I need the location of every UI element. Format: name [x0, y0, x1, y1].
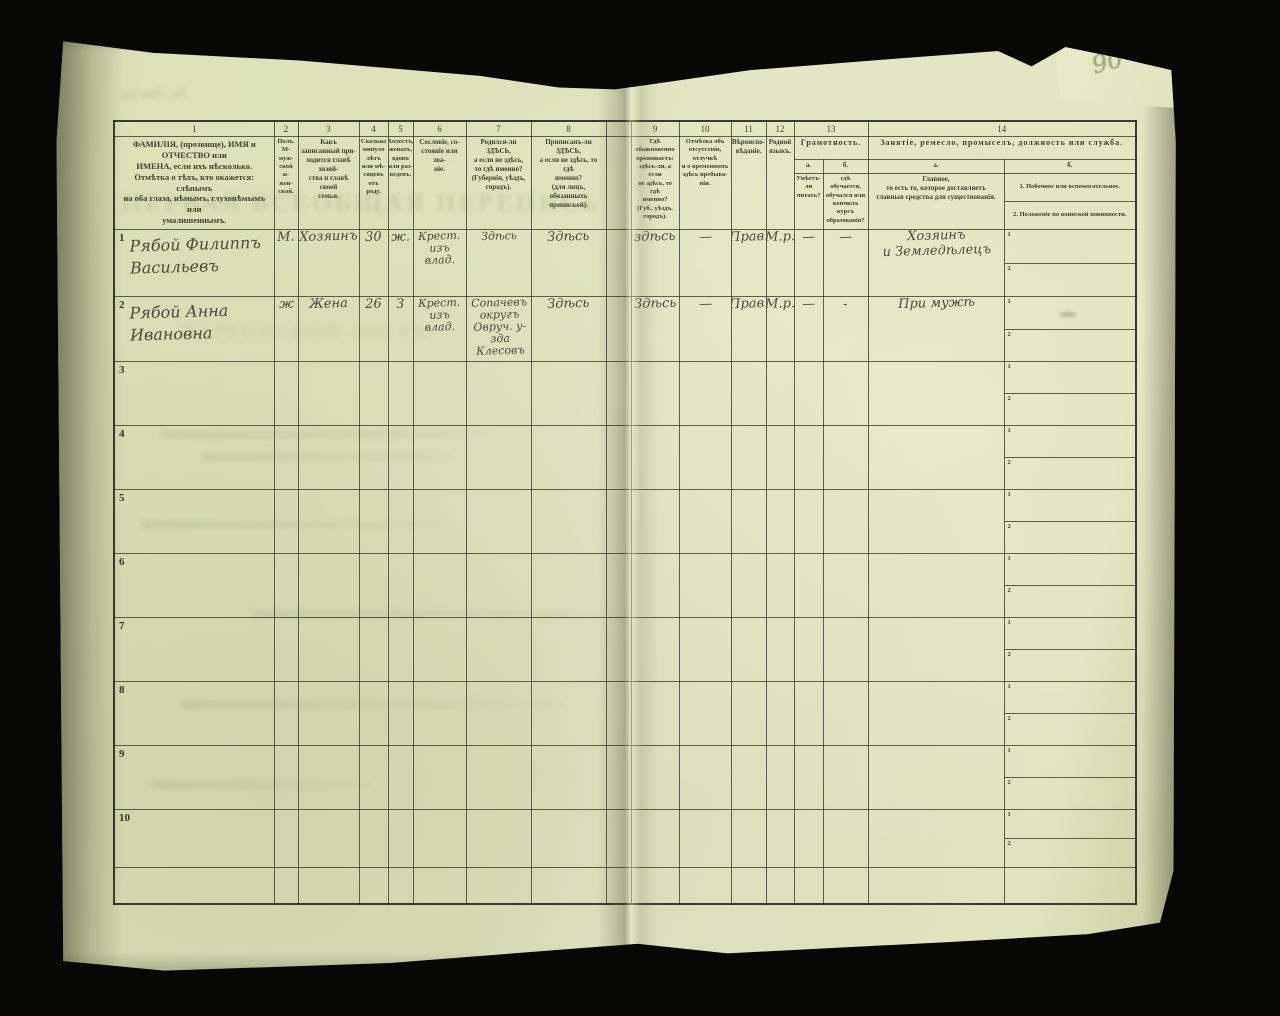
cell-registration: Здѣсь	[531, 297, 606, 362]
cell-absence	[679, 810, 731, 868]
cell-sex	[274, 618, 298, 682]
cell-marital	[388, 618, 413, 682]
cell-marital	[388, 682, 413, 746]
cell-religion	[731, 426, 766, 490]
census-table: 1 2 3 4 5 6 7 8 9 10 11 12 13 14 ФАМИЛІЯ…	[113, 120, 1137, 905]
cell-side-occupation: 1 2	[1004, 230, 1136, 297]
cell-main-occupation	[868, 746, 1004, 810]
cell-name: 8	[114, 682, 274, 746]
cell-sex	[274, 746, 298, 810]
cell-marital: З	[388, 297, 413, 362]
fold-gutter	[606, 297, 631, 362]
cell-birthplace	[466, 618, 531, 682]
cell-absence	[679, 682, 731, 746]
cell-sex: ж	[274, 297, 298, 362]
cell-residence	[631, 810, 679, 868]
header-can-read: Умѣетъ- ли читать?	[794, 174, 823, 230]
colnum-3: 3	[298, 121, 359, 137]
cell-education: —	[823, 230, 868, 297]
cell-side-occupation: 1 2	[1004, 810, 1136, 868]
header-letter-14b: б.	[1004, 160, 1136, 174]
cell-side-occupation: 1 2	[1004, 618, 1136, 682]
fold-gutter	[606, 426, 631, 490]
cell-name: 3	[114, 362, 274, 426]
table-row: 2 Рябой Анна Ивановна ж Жена 26 З Крест.…	[114, 297, 1136, 362]
cell-age	[359, 426, 388, 490]
cell-relation	[298, 746, 359, 810]
cell-estate: Крест. изъ влад.	[413, 230, 466, 297]
cell-main-occupation	[868, 682, 1004, 746]
cell-can-read	[794, 554, 823, 618]
cell-relation	[298, 810, 359, 868]
fold-gutter	[606, 362, 631, 426]
cell-side-occupation: 1 2	[1004, 297, 1136, 362]
cell-relation: Жена	[298, 297, 359, 362]
header-relation: Какъ записанный при- ходится главѣ хозяй…	[298, 137, 359, 230]
cell-sex	[274, 362, 298, 426]
subcell-side: 1	[1005, 362, 1136, 393]
cell-estate	[413, 426, 466, 490]
cell-absence	[679, 746, 731, 810]
cell-birthplace	[466, 554, 531, 618]
cell-name: 1 Рябой Филиппъ Васильевъ	[114, 230, 274, 297]
cell-marital: ж.	[388, 230, 413, 297]
cell-marital	[388, 490, 413, 554]
cell-can-read	[794, 618, 823, 682]
subcell-side: 1	[1005, 618, 1136, 649]
cell-birthplace	[466, 682, 531, 746]
cell-education	[823, 554, 868, 618]
subcell-side: 1	[1005, 426, 1136, 457]
cell-estate	[413, 618, 466, 682]
cell-residence	[631, 746, 679, 810]
cell-language	[766, 426, 794, 490]
subcell-military: 2	[1005, 457, 1136, 489]
cell-sex	[274, 554, 298, 618]
cell-main-occupation	[868, 618, 1004, 682]
cell	[413, 868, 466, 904]
cell-can-read	[794, 746, 823, 810]
cell-residence	[631, 490, 679, 554]
cell-sex	[274, 490, 298, 554]
fold-gutter	[606, 746, 631, 810]
cell-name: 7	[114, 618, 274, 682]
fold-gutter	[606, 137, 631, 230]
header-religion: Вѣроиспо- вѣданіе.	[731, 137, 766, 230]
cell-residence	[631, 554, 679, 618]
cell-sex	[274, 682, 298, 746]
cell-main-occupation	[868, 490, 1004, 554]
cell-name: 6	[114, 554, 274, 618]
top-edge-shadow	[52, 26, 1178, 52]
subcell-military: 2	[1005, 585, 1136, 617]
cell	[631, 868, 679, 904]
cell-registration	[531, 426, 606, 490]
fold-gutter	[606, 490, 631, 554]
header-name: ФАМИЛІЯ, (прозвище), ИМЯ и ОТЧЕСТВО или …	[114, 137, 274, 230]
subcell-military: 2	[1005, 521, 1136, 553]
ink-smudge	[1060, 312, 1076, 317]
cell-age	[359, 618, 388, 682]
cell-education	[823, 362, 868, 426]
subcell-military: 2	[1005, 649, 1136, 681]
column-number-row: 1 2 3 4 5 6 7 8 9 10 11 12 13 14	[114, 121, 1136, 137]
colnum-7: 7	[466, 121, 531, 137]
cell-relation	[298, 490, 359, 554]
cell-relation: Хозяинъ	[298, 230, 359, 297]
cell-can-read: —	[794, 297, 823, 362]
cell-sex	[274, 810, 298, 868]
cell-registration	[531, 490, 606, 554]
table-row: 1 Рябой Филиппъ Васильевъ М. Хозяинъ 30 …	[114, 230, 1136, 297]
cell-sex: М.	[274, 230, 298, 297]
cell-age: 30	[359, 230, 388, 297]
cell-language	[766, 682, 794, 746]
cell-registration	[531, 554, 606, 618]
cell-education	[823, 810, 868, 868]
cell-religion	[731, 362, 766, 426]
bottom-edge-shadow	[52, 952, 1178, 986]
cell-education	[823, 618, 868, 682]
header-literacy-group: Грамотность.	[794, 137, 868, 160]
cell-language	[766, 618, 794, 682]
cell-relation	[298, 426, 359, 490]
cell-main-occupation: При мужѣ	[868, 297, 1004, 362]
cell	[298, 868, 359, 904]
cell-side-occupation: 1 2	[1004, 490, 1136, 554]
cell-absence	[679, 618, 731, 682]
cell-language: М.р.	[766, 297, 794, 362]
cell-main-occupation	[868, 426, 1004, 490]
cell-absence	[679, 426, 731, 490]
cell-education	[823, 682, 868, 746]
cell-absence	[679, 362, 731, 426]
cell	[679, 868, 731, 904]
header-birthplace: Родился-ли ЗДѢСЬ, а если не здѣсь, то гд…	[466, 137, 531, 230]
cell-language: М.р.	[766, 230, 794, 297]
subcell-military: 2	[1005, 263, 1136, 297]
cell-estate	[413, 490, 466, 554]
fold-gutter	[606, 230, 631, 297]
subcell-side: 1	[1005, 682, 1136, 713]
cell	[794, 868, 823, 904]
header-main-occupation: Главное, то есть то, которое доставляетъ…	[868, 174, 1004, 230]
cell-language	[766, 746, 794, 810]
cell-can-read	[794, 362, 823, 426]
cell-absence	[679, 554, 731, 618]
cell	[466, 868, 531, 904]
cell-age	[359, 554, 388, 618]
fold-gutter	[606, 682, 631, 746]
cell-can-read: —	[794, 230, 823, 297]
cell-birthplace	[466, 426, 531, 490]
cell-side-occupation: 1 2	[1004, 746, 1136, 810]
cell-main-occupation	[868, 554, 1004, 618]
cell-language	[766, 490, 794, 554]
cell-main-occupation	[868, 362, 1004, 426]
colnum-9: 9	[631, 121, 679, 137]
header-letter-14a: а.	[868, 160, 1004, 174]
census-form-sheet: № Листа ПЕРВАЯ ВСЕОБЩАЯ ПЕРЕПИСЬ ПЕРЕПИС…	[52, 26, 1178, 986]
subcell-side: 1	[1005, 554, 1136, 585]
colnum-6: 6	[413, 121, 466, 137]
header-occupation-group: Занятіе, ремесло, промыселъ, должность и…	[868, 137, 1136, 160]
cell-religion	[731, 554, 766, 618]
cell-side-occupation: 1 2	[1004, 554, 1136, 618]
table-row: 3 1 2	[114, 362, 1136, 426]
header-sex: Полъ. М-муж- ской ж-жен- ской.	[274, 137, 298, 230]
cell-birthplace	[466, 810, 531, 868]
cell-religion	[731, 490, 766, 554]
cell-name: 10	[114, 810, 274, 868]
cell-residence	[631, 682, 679, 746]
table-header: 1 2 3 4 5 6 7 8 9 10 11 12 13 14 ФАМИЛІЯ…	[114, 121, 1136, 230]
cell-marital	[388, 362, 413, 426]
header-row-groups: ФАМИЛІЯ, (прозвище), ИМЯ и ОТЧЕСТВО или …	[114, 137, 1136, 160]
subcell-military: 2	[1005, 838, 1136, 867]
cell-language	[766, 362, 794, 426]
cell-religion	[731, 682, 766, 746]
subcell-side: 1	[1005, 490, 1136, 521]
cell-name: 2 Рябой Анна Ивановна	[114, 297, 274, 362]
colnum-5: 5	[388, 121, 413, 137]
cell-estate	[413, 810, 466, 868]
table-row: 9 1 2	[114, 746, 1136, 810]
cell-absence: —	[679, 230, 731, 297]
cell-religion	[731, 810, 766, 868]
subcell-side: 1	[1005, 746, 1136, 777]
cell	[274, 868, 298, 904]
cell-registration	[531, 810, 606, 868]
cell-residence	[631, 426, 679, 490]
cell-age: 26	[359, 297, 388, 362]
cell-language	[766, 810, 794, 868]
subcell-side: 1	[1005, 810, 1136, 838]
cell-can-read	[794, 426, 823, 490]
cell-side-occupation: 1 2	[1004, 362, 1136, 426]
cell-age	[359, 810, 388, 868]
cell-residence	[631, 618, 679, 682]
cell	[1004, 868, 1136, 904]
colnum-4: 4	[359, 121, 388, 137]
colnum-13: 13	[794, 121, 868, 137]
cell-sex	[274, 426, 298, 490]
cell-registration: Здѣсь	[531, 230, 606, 297]
cell-absence: —	[679, 297, 731, 362]
cell-can-read	[794, 490, 823, 554]
cell-education	[823, 490, 868, 554]
bleedthrough-sheet-no: № Листа	[122, 85, 187, 104]
cell-religion: Прав.	[731, 297, 766, 362]
subcell-side: 1	[1005, 230, 1136, 263]
table-row: 10 1 2	[114, 810, 1136, 868]
cell-main-occupation: Хозяинъ и Земледѣлецъ	[868, 230, 1004, 297]
header-marital: Холостъ, женатъ, вдовъ или раз- веденъ.	[388, 137, 413, 230]
colnum-11: 11	[731, 121, 766, 137]
header-letter-13b: б.	[823, 160, 868, 174]
subcell-military: 2	[1005, 393, 1136, 425]
fold-gutter	[606, 554, 631, 618]
cell-can-read	[794, 810, 823, 868]
subcell-military: 2	[1005, 777, 1136, 809]
cell-birthplace: Сопачевъ округъ Овруч. у-зда Клесовъ	[466, 297, 531, 362]
table-row: 6 1 2	[114, 554, 1136, 618]
cell-relation	[298, 362, 359, 426]
right-edge-shadow	[1142, 26, 1178, 986]
cell-birthplace	[466, 362, 531, 426]
cell-name: 5	[114, 490, 274, 554]
cell-residence: здѣсь	[631, 230, 679, 297]
cell	[388, 868, 413, 904]
cell-religion	[731, 618, 766, 682]
colnum-1: 1	[114, 121, 274, 137]
cell-main-occupation	[868, 810, 1004, 868]
cell-estate	[413, 554, 466, 618]
cell-relation	[298, 554, 359, 618]
header-residence: Гдѣ обыкновенно проживаетъ: здѣсь-ли, а …	[631, 137, 679, 230]
cell-registration	[531, 682, 606, 746]
scanned-census-sheet: { "colors":{"background":"#070706","pape…	[0, 0, 1280, 1016]
cell-residence	[631, 362, 679, 426]
fold-gutter	[606, 810, 631, 868]
cell-estate	[413, 746, 466, 810]
colnum-14: 14	[868, 121, 1136, 137]
cell-relation	[298, 682, 359, 746]
cell-education	[823, 746, 868, 810]
fold-gutter	[606, 618, 631, 682]
cell-age	[359, 682, 388, 746]
header-education: гдѣ обучается, обучался или кончилъ курс…	[823, 174, 868, 230]
cell	[114, 868, 274, 904]
cell	[731, 868, 766, 904]
header-absence-note: Отмѣтка объ отсутствіи, отлучкѣ и о врем…	[679, 137, 731, 230]
cell	[823, 868, 868, 904]
header-registration: Приписанъ-ли ЗДѢСЬ, а если не здѣсь, то …	[531, 137, 606, 230]
table-row: 8 1 2	[114, 682, 1136, 746]
header-language: Родной языкъ.	[766, 137, 794, 230]
cell-estate	[413, 682, 466, 746]
header-side-occupation-1: 1. Побочное или вспомогательное.	[1005, 174, 1136, 201]
cell-side-occupation: 1 2	[1004, 426, 1136, 490]
cell-estate: Крест. изъ влад.	[413, 297, 466, 362]
fold-gutter	[606, 868, 631, 904]
table-body: 1 Рябой Филиппъ Васильевъ М. Хозяинъ 30 …	[114, 230, 1136, 868]
cell-name: 9	[114, 746, 274, 810]
cell-absence	[679, 490, 731, 554]
header-military-status: 2. Положеніе по воинской повинности.	[1005, 201, 1136, 229]
cell-registration	[531, 746, 606, 810]
cell-education	[823, 426, 868, 490]
header-estate: Сословіе, со- стояніе или зва- ніе.	[413, 137, 466, 230]
header-side-occupation: 1. Побочное или вспомогательное. 2. Поло…	[1004, 174, 1136, 230]
partial-row	[114, 868, 1136, 904]
fold-gutter	[606, 121, 631, 137]
colnum-10: 10	[679, 121, 731, 137]
cell	[766, 868, 794, 904]
cell-birthplace	[466, 490, 531, 554]
header-age: Сколько минуло лѣтъ или мѣ- сяцевъ отъ р…	[359, 137, 388, 230]
cell-registration	[531, 618, 606, 682]
subcell-military: 2	[1005, 713, 1136, 745]
cell-language	[766, 554, 794, 618]
table-row: 4 1 2	[114, 426, 1136, 490]
cell-registration	[531, 362, 606, 426]
table-row: 5 1 2	[114, 490, 1136, 554]
cell-marital	[388, 746, 413, 810]
cell-can-read	[794, 682, 823, 746]
cell-age	[359, 362, 388, 426]
table-cutoff-row	[114, 868, 1136, 904]
cell-birthplace	[466, 746, 531, 810]
cell-name: 4	[114, 426, 274, 490]
subcell-military: 2	[1005, 329, 1136, 362]
cell	[868, 868, 1004, 904]
colnum-12: 12	[766, 121, 794, 137]
cell-estate	[413, 362, 466, 426]
cell-marital	[388, 426, 413, 490]
cell-residence: Здѣсь	[631, 297, 679, 362]
cell-religion	[731, 746, 766, 810]
header-letter-13a: а.	[794, 160, 823, 174]
cell-age	[359, 490, 388, 554]
cell-birthplace: Здѣсь	[466, 230, 531, 297]
cell-side-occupation: 1 2	[1004, 682, 1136, 746]
cell-marital	[388, 810, 413, 868]
cell	[359, 868, 388, 904]
cell-religion: Прав.	[731, 230, 766, 297]
cell-age	[359, 746, 388, 810]
table-row: 7 1 2	[114, 618, 1136, 682]
cell-relation	[298, 618, 359, 682]
cell-marital	[388, 554, 413, 618]
cell-education: -	[823, 297, 868, 362]
cell	[531, 868, 606, 904]
colnum-8: 8	[531, 121, 606, 137]
colnum-2: 2	[274, 121, 298, 137]
